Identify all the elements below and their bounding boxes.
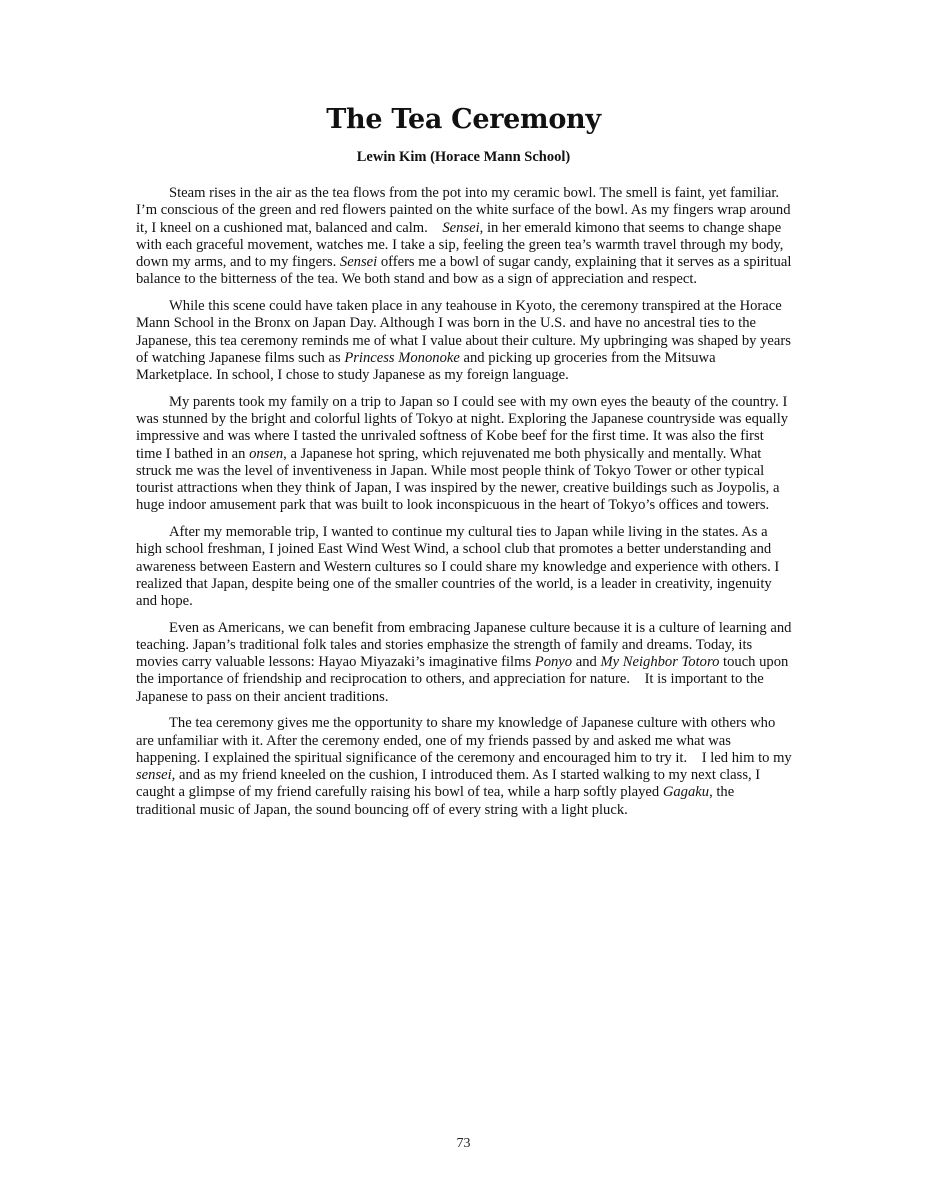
page-number: 73 bbox=[0, 1136, 927, 1152]
italic-text: My Neighbor Totoro bbox=[600, 654, 719, 670]
italic-text: Gagaku bbox=[663, 784, 709, 800]
paragraph: The tea ceremony gives me the opportunit… bbox=[136, 715, 792, 819]
paragraph: Steam rises in the air as the tea flows … bbox=[136, 185, 792, 289]
paragraph: While this scene could have taken place … bbox=[136, 298, 792, 384]
text-segment: and bbox=[572, 654, 600, 670]
document-page: The Tea Ceremony Lewin Kim (Horace Mann … bbox=[0, 0, 927, 1200]
text-segment: The tea ceremony gives me the opportunit… bbox=[136, 715, 792, 766]
italic-text: Princess Mononoke bbox=[344, 350, 460, 366]
italic-text: Ponyo bbox=[535, 654, 572, 670]
page-title: The Tea Ceremony bbox=[0, 104, 927, 135]
italic-text: Sensei bbox=[340, 254, 377, 270]
italic-text: Sensei bbox=[442, 220, 479, 236]
italic-text: onsen bbox=[249, 446, 283, 462]
text-segment: After my memorable trip, I wanted to con… bbox=[136, 524, 779, 609]
paragraph: After my memorable trip, I wanted to con… bbox=[136, 524, 792, 610]
paragraph: My parents took my family on a trip to J… bbox=[136, 394, 792, 515]
italic-text: sensei, bbox=[136, 767, 175, 783]
author-byline: Lewin Kim (Horace Mann School) bbox=[0, 149, 927, 166]
essay-body: Steam rises in the air as the tea flows … bbox=[136, 185, 792, 828]
paragraph: Even as Americans, we can benefit from e… bbox=[136, 620, 792, 706]
